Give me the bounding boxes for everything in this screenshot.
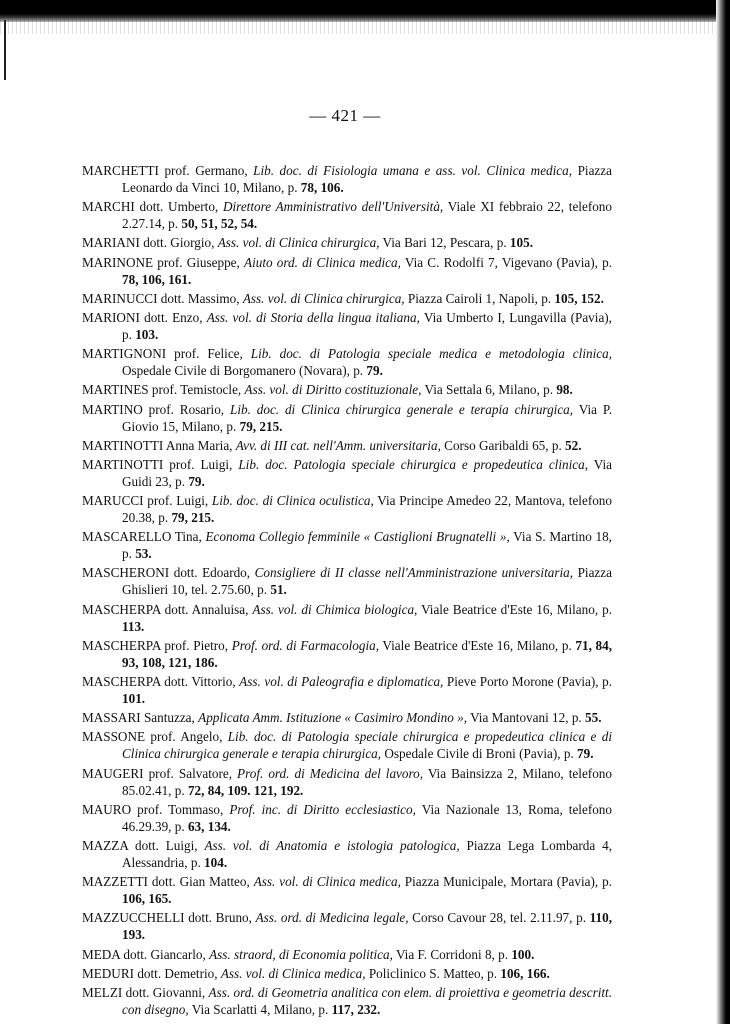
directory-entry: MASSONE prof. Angelo, Lib. doc. di Patol… [82, 728, 612, 762]
entry-pages: 51. [270, 582, 286, 597]
entry-name: MARCHETTI [82, 163, 159, 178]
entry-title: prof. Rosario, [143, 402, 230, 417]
directory-entry: MEDA dott. Giancarlo, Ass. straord, di E… [82, 946, 612, 963]
entry-role: Ass. vol. di Clinica medica, [254, 874, 401, 889]
directory-entry: MARTIGNONI prof. Felice, Lib. doc. di Pa… [82, 345, 612, 379]
entry-role: Lib. doc. di Clinica chirurgica generale… [230, 402, 573, 417]
entry-title: dott. Bruno, [185, 910, 256, 925]
entry-title: prof. Pietro, [161, 638, 232, 653]
entry-address: Via Settala 6, Milano, p. [421, 382, 556, 397]
entry-name: MARTINO [82, 402, 143, 417]
directory-entry: MARCHI dott. Umberto, Direttore Amminist… [82, 198, 612, 232]
entry-title: dott. Umberto, [135, 199, 223, 214]
directory-entry: MARIANI dott. Giorgio, Ass. vol. di Clin… [82, 234, 612, 251]
scan-top-border [0, 0, 730, 22]
entry-name: MARINONE [82, 255, 153, 270]
entry-name: MEDURI [82, 966, 134, 981]
entry-role: Ass. vol. di Chimica biologica, [252, 602, 417, 617]
entry-role: Ass. vol. di Paleografia e diplomatica, [239, 674, 443, 689]
entry-name: MASCHERPA [82, 602, 161, 617]
entry-role: Lib. doc. di Patologia speciale medica e… [251, 346, 612, 361]
directory-entry: MEDURI dott. Demetrio, Ass. vol. di Clin… [82, 965, 612, 982]
entry-name: MAZZUCCHELLI [82, 910, 185, 925]
scan-left-edge [4, 20, 6, 80]
entry-pages: 105. [510, 235, 533, 250]
entry-name: MARCHI [82, 199, 135, 214]
entry-title: dott. Annaluisa, [161, 602, 253, 617]
entry-title: dott. Demetrio, [134, 966, 221, 981]
entry-pages: 55. [585, 710, 601, 725]
entry-name: MASCARELLO [82, 529, 171, 544]
directory-entry: MASCHERPA dott. Annaluisa, Ass. vol. di … [82, 601, 612, 635]
entry-role: Ass. vol. di Anatomia e istologia patolo… [204, 838, 459, 853]
entry-pages: 52. [565, 438, 581, 453]
entry-title: dott. Massimo, [157, 291, 242, 306]
entry-address: Ospedale Civile di Borgomanero (Novara),… [122, 363, 366, 378]
directory-entry: MASCHERONI dott. Edoardo, Consigliere di… [82, 564, 612, 598]
entry-address: Via Mantovani 12, p. [467, 710, 585, 725]
entry-role: Ass. vol. di Storia della lingua italian… [207, 310, 420, 325]
entry-address: Corso Garibaldi 65, p. [441, 438, 565, 453]
entry-role: Avv. di III cat. nell'Amm. universitaria… [236, 438, 441, 453]
scan-top-noise [0, 20, 730, 34]
entry-title: dott. Luigi, [128, 838, 204, 853]
directory-entry: MASCHERPA prof. Pietro, Prof. ord. di Fa… [82, 637, 612, 671]
entry-address: Corso Cavour 28, tel. 2.11.97, p. [409, 910, 590, 925]
directory-entry: MELZI dott. Giovanni, Ass. ord. di Geome… [82, 984, 612, 1018]
directory-entry: MARINUCCI dott. Massimo, Ass. vol. di Cl… [82, 290, 612, 307]
entry-title: prof. Giuseppe, [153, 255, 244, 270]
entry-title: prof. Tommaso, [131, 802, 229, 817]
entry-name: MAZZETTI [82, 874, 148, 889]
entry-pages: 113. [122, 619, 144, 634]
entry-title: prof. Luigi, [144, 493, 212, 508]
entry-pages: 79. [577, 746, 593, 761]
directory-entry: MARTINO prof. Rosario, Lib. doc. di Clin… [82, 401, 612, 435]
entry-title: Santuzza, [141, 710, 199, 725]
entry-title: dott. Edoardo, [169, 565, 254, 580]
entry-pages: 72, 84, 109. 121, 192. [188, 783, 303, 798]
entry-name: MAUGERI [82, 766, 144, 781]
entry-name: MARIONI [82, 310, 140, 325]
entry-role: Prof. ord. di Farmacologia, [232, 638, 379, 653]
entry-pages: 53. [135, 546, 151, 561]
entry-pages: 101. [122, 691, 145, 706]
entry-role: Ass. straord, di Economia politica, [209, 947, 393, 962]
entry-role: Lib. doc. di Fisiologia umana e ass. vol… [253, 163, 572, 178]
entry-role: Ass. vol. di Clinica medica, [221, 966, 366, 981]
entry-pages: 100. [511, 947, 534, 962]
entry-role: Ass. vol. di Clinica chirurgica, [243, 291, 405, 306]
entry-address: Via C. Rodolfi 7, Vigevano (Pavia), p. [401, 255, 612, 270]
entry-role: Direttore Amministrativo dell'Università… [223, 199, 443, 214]
entry-pages: 79. [188, 474, 204, 489]
entry-pages: 79. [366, 363, 382, 378]
entry-name: MASSARI [82, 710, 141, 725]
entry-pages: 105, 152. [554, 291, 603, 306]
directory-entry: MAZZA dott. Luigi, Ass. vol. di Anatomia… [82, 837, 612, 871]
entry-pages: 78, 106. [301, 180, 344, 195]
entry-name: MARTIGNONI [82, 346, 166, 361]
entry-title: dott. Giovanni, [122, 985, 208, 1000]
directory-entry: MAUGERI prof. Salvatore, Prof. ord. di M… [82, 765, 612, 799]
entry-address: Pieve Porto Morone (Pavia), p. [443, 674, 612, 689]
directory-entry: MAZZETTI dott. Gian Matteo, Ass. vol. di… [82, 873, 612, 907]
entry-name: MARTINES [82, 382, 149, 397]
entry-name: MAURO [82, 802, 131, 817]
directory-entry: MARTINOTTI Anna Maria, Avv. di III cat. … [82, 437, 612, 454]
entry-title: prof. Salvatore, [144, 766, 237, 781]
entry-name: MEDA [82, 947, 120, 962]
entry-title: dott. Giancarlo, [120, 947, 209, 962]
entry-pages: 103. [135, 327, 158, 342]
entry-address: Policlinico S. Matteo, p. [366, 966, 501, 981]
entry-name: MASCHERPA [82, 674, 161, 689]
entry-address: Via F. Corridoni 8, p. [393, 947, 511, 962]
entry-role: Lib. doc. di Clinica oculistica, [212, 493, 374, 508]
entry-pages: 63, 134. [188, 819, 231, 834]
entry-name: MARUCCI [82, 493, 144, 508]
entry-title: dott. Vittorio, [161, 674, 239, 689]
entry-pages: 106, 165. [122, 891, 171, 906]
entry-name: MASCHERONI [82, 565, 169, 580]
entry-name: MAZZA [82, 838, 128, 853]
entry-pages: 106, 166. [500, 966, 549, 981]
entry-role: Aiuto ord. di Clinica medica, [244, 255, 401, 270]
entry-title: dott. Giorgio, [140, 235, 218, 250]
entry-name: MARINUCCI [82, 291, 157, 306]
entry-title: prof. Luigi, [163, 457, 238, 472]
directory-entry: MARCHETTI prof. Germano, Lib. doc. di Fi… [82, 162, 612, 196]
entry-title: dott. Gian Matteo, [148, 874, 254, 889]
entry-name: MARTINOTTI [82, 438, 163, 453]
entry-title: Tina, [171, 529, 205, 544]
directory-entry: MAURO prof. Tommaso, Prof. inc. di Dirit… [82, 801, 612, 835]
entry-name: MELZI [82, 985, 122, 1000]
directory-entry: MASCARELLO Tina, Economa Collegio femmin… [82, 528, 612, 562]
entry-title: Anna Maria, [163, 438, 236, 453]
entry-address: Ospedale Civile di Broni (Pavia), p. [381, 746, 577, 761]
directory-entry: MASCHERPA dott. Vittorio, Ass. vol. di P… [82, 673, 612, 707]
directory-entries: MARCHETTI prof. Germano, Lib. doc. di Fi… [82, 162, 612, 1020]
entry-pages: 50, 51, 52, 54. [181, 216, 257, 231]
entry-address: Viale Beatrice d'Este 16, Milano, p. [417, 602, 612, 617]
entry-pages: 79, 215. [171, 510, 214, 525]
entry-role: Applicata Amm. Istituzione « Casimiro Mo… [198, 710, 467, 725]
directory-entry: MARIONI dott. Enzo, Ass. vol. di Storia … [82, 309, 612, 343]
entry-role: Ass. ord. di Medicina legale, [256, 910, 409, 925]
directory-entry: MARTINOTTI prof. Luigi, Lib. doc. Patolo… [82, 456, 612, 490]
page-number: — 421 — [0, 106, 690, 126]
entry-address: Piazza Municipale, Mortara (Pavia), p. [401, 874, 612, 889]
entry-name: MASCHERPA [82, 638, 161, 653]
entry-role: Ass. vol. di Clinica chirurgica, [218, 235, 380, 250]
entry-role: Ass. vol. di Diritto costituzionale, [245, 382, 422, 397]
entry-title: prof. Angelo, [145, 729, 228, 744]
directory-entry: MASSARI Santuzza, Applicata Amm. Istituz… [82, 709, 612, 726]
entry-pages: 104. [204, 855, 227, 870]
directory-entry: MARUCCI prof. Luigi, Lib. doc. di Clinic… [82, 492, 612, 526]
entry-pages: 117, 232. [332, 1002, 381, 1017]
entry-name: MARIANI [82, 235, 140, 250]
scan-right-border [716, 0, 730, 1024]
entry-title: prof. Temistocle, [149, 382, 245, 397]
entry-address: Via Scarlatti 4, Milano, p. [189, 1002, 332, 1017]
entry-pages: 98. [556, 382, 572, 397]
entry-title: dott. Enzo, [140, 310, 207, 325]
entry-pages: 79, 215. [240, 419, 283, 434]
entry-title: prof. Germano, [159, 163, 253, 178]
entry-pages: 78, 106, 161. [122, 272, 191, 287]
entry-role: Lib. doc. Patologia speciale chirurgica … [238, 457, 588, 472]
entry-name: MASSONE [82, 729, 145, 744]
entry-title: prof. Felice, [166, 346, 251, 361]
entry-role: Economa Collegio femminile « Castiglioni… [205, 529, 509, 544]
entry-name: MARTINOTTI [82, 457, 163, 472]
entry-role: Prof. inc. di Diritto ecclesiastico, [229, 802, 416, 817]
entry-role: Consigliere di II classe nell'Amministra… [255, 565, 573, 580]
entry-address: Via Bari 12, Pescara, p. [379, 235, 509, 250]
entry-address: Viale Beatrice d'Este 16, Milano, p. [379, 638, 575, 653]
entry-address: Piazza Cairoli 1, Napoli, p. [405, 291, 555, 306]
directory-entry: MARINONE prof. Giuseppe, Aiuto ord. di C… [82, 254, 612, 288]
entry-role: Prof. ord. di Medicina del lavoro, [237, 766, 423, 781]
directory-entry: MAZZUCCHELLI dott. Bruno, Ass. ord. di M… [82, 909, 612, 943]
directory-entry: MARTINES prof. Temistocle, Ass. vol. di … [82, 381, 612, 398]
